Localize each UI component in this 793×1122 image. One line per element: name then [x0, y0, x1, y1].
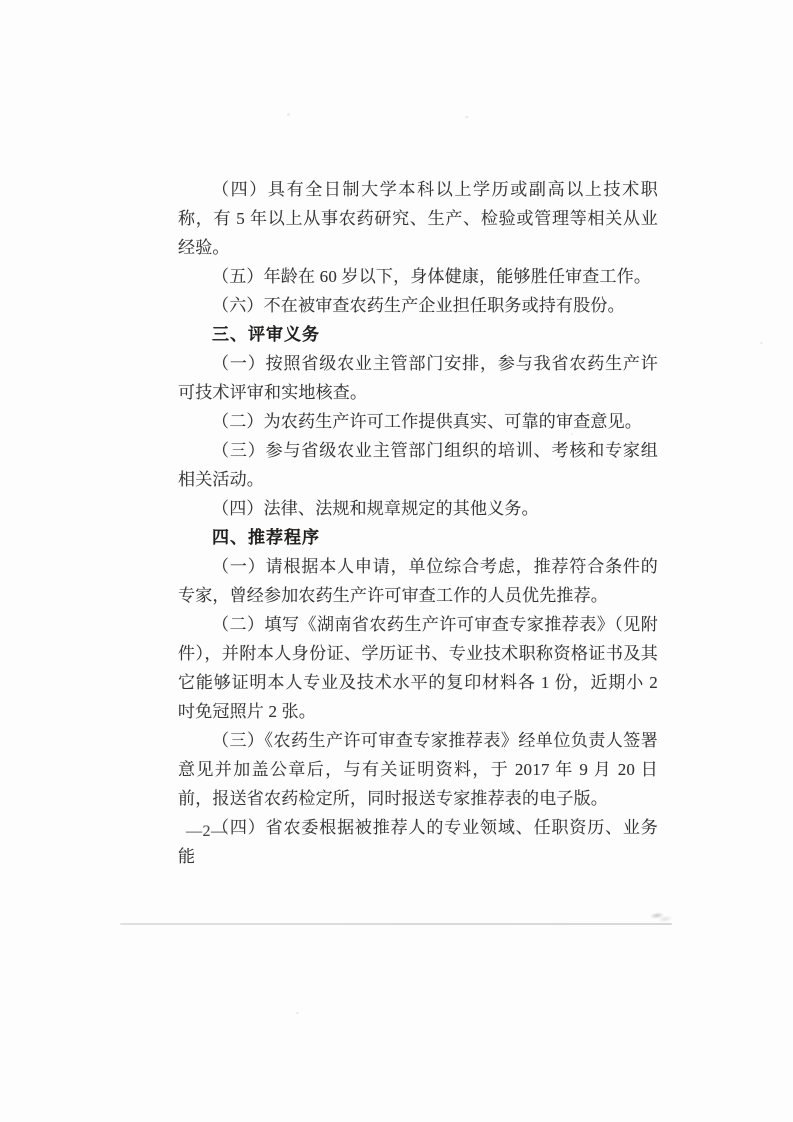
section-heading: 三、评审义务 — [178, 320, 658, 349]
paragraph: （二）为农药生产许可工作提供真实、可靠的审查意见。 — [178, 407, 658, 436]
paragraph: （一）请根据本人申请，单位综合考虑，推荐符合条件的专家，曾经参加农药生产许可审查… — [178, 552, 658, 610]
paragraph: （四）具有全日制大学本科以上学历或副高以上技术职称，有 5 年以上从事农药研究、… — [178, 175, 658, 262]
paragraph: （四）省农委根据被推荐人的专业领域、任职资历、业务能 — [178, 813, 658, 871]
scan-speck — [465, 116, 469, 118]
scan-speck — [760, 342, 763, 344]
paragraph: （五）年龄在 60 岁以下，身体健康，能够胜任审查工作。 — [178, 262, 658, 291]
paragraph: （六）不在被审查农药生产企业担任职务或持有股份。 — [178, 291, 658, 320]
paragraph: （四）法律、法规和规章规定的其他义务。 — [178, 494, 658, 523]
section-heading: 四、推荐程序 — [178, 523, 658, 552]
scan-speck — [296, 1012, 299, 1014]
paper-background: （四）具有全日制大学本科以上学历或副高以上技术职称，有 5 年以上从事农药研究、… — [0, 0, 793, 1122]
scanned-document-page: { "colors": { "paper": "#fdfdfd", "text"… — [0, 0, 793, 1122]
paragraph: （三）参与省级农业主管部门组织的培训、考核和专家组相关活动。 — [178, 436, 658, 494]
paragraph: （二）填写《湖南省农药生产许可审查专家推荐表》（见附件），并附本人身份证、学历证… — [178, 610, 658, 726]
paragraph: （一）按照省级农业主管部门安排，参与我省农药生产许可技术评审和实地核查。 — [178, 349, 658, 407]
paragraph: （三）《农药生产许可审查专家推荐表》经单位负责人签署意见并加盖公章后，与有关证明… — [178, 726, 658, 813]
page-bottom-scan-line — [120, 923, 672, 925]
scan-speck — [287, 113, 290, 116]
document-body: （四）具有全日制大学本科以上学历或副高以上技术职称，有 5 年以上从事农药研究、… — [178, 175, 658, 871]
page-number: —2— — [186, 820, 228, 844]
